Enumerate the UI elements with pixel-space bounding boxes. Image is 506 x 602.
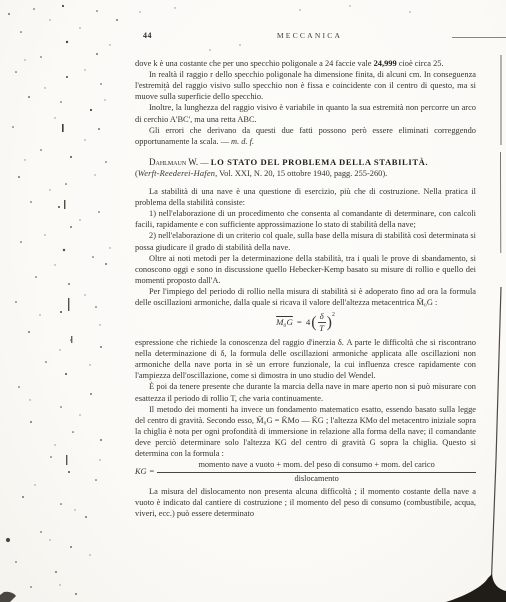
paragraph: 2) nell'elaborazione di un criterio col … [135, 230, 476, 252]
source-journal-name: Werft-Reederei-Hafen [138, 169, 215, 178]
review-source: (Werft-Reederei-Hafen, Vol. XXI, N. 20, … [135, 168, 476, 179]
paragraph-text: Gli errori che derivano da questi due fa… [135, 126, 476, 146]
kg-formula: KG = momento nave a vuoto + mom. del pes… [135, 460, 476, 484]
formula-lhs: KG [135, 467, 147, 478]
margin-dashes [62, 124, 72, 465]
review-heading: Dahlmaun W. — LO STATO DEL PROBLEMA DELL… [135, 157, 476, 168]
open-paren: ( [311, 316, 316, 330]
bottom-left-mark [0, 592, 16, 602]
paragraph: Per l'impiego del periodo di rollio nell… [135, 286, 476, 308]
paragraph-text: cioè circa 25. [399, 59, 444, 68]
exponent: 2 [332, 311, 335, 321]
scanned-journal-page: 44 MECCANICA dove k è una costante che p… [0, 0, 506, 602]
fraction: δ T [318, 312, 326, 333]
paragraph: 1) nell'elaborazione di un procedimento … [135, 208, 476, 230]
paragraph: espressione che richiede la conoscenza d… [135, 337, 476, 381]
paragraph: Inoltre, la lunghezza del raggio visivo … [135, 102, 476, 124]
bottom-right-corner-blob [446, 574, 506, 602]
page-header: 44 MECCANICA [135, 30, 476, 41]
constant-value: 24,999 [374, 59, 397, 68]
metacentric-height-formula: M₀G = 4 ( δ T ) 2 [135, 312, 476, 333]
paragraph: Oltre ai noti metodi per la determinazio… [135, 253, 476, 286]
paragraph: In realtà il raggio r dello specchio pol… [135, 69, 476, 102]
paragraph: La misura del dislocamento non presenta … [135, 486, 476, 519]
left-margin-speckles [6, 5, 118, 595]
paragraph: La stabilità di una nave è una questione… [135, 186, 476, 208]
equals-sign: = [297, 318, 302, 328]
fraction-numerator: δ [318, 312, 326, 323]
source-details: , Vol. XXI, N. 20, 15 ottobre 1940, pagg… [215, 169, 387, 178]
review-author: Dahlmaun W. [149, 157, 198, 167]
paragraph-continued: dove k è una costante che per uno specch… [135, 58, 476, 69]
fraction: momento nave a vuoto + mom. del peso di … [157, 460, 476, 484]
journal-title: MECCANICA [189, 30, 430, 41]
fraction-denominator: dislocamento [157, 473, 476, 485]
paragraph: È poi da tenere presente che durante la … [135, 381, 476, 403]
text-column: 44 MECCANICA dove k è una costante che p… [135, 30, 476, 519]
formula-lhs: M₀G [276, 318, 293, 328]
equals-sign: = [150, 467, 155, 478]
paragraph: Il metodo dei momenti ha invece un fonda… [135, 404, 476, 459]
paragraph-text: dove k è una costante che per uno specch… [135, 59, 372, 68]
page-number: 44 [143, 30, 189, 41]
paragraph-with-signature: Gli errori che derivano da questi due fa… [135, 125, 476, 147]
review-title: LO STATO DEL PROBLEMA DELLA STABILITÀ. [211, 157, 429, 167]
coefficient: 4 [306, 318, 310, 328]
fraction-numerator: momento nave a vuoto + mom. del peso di … [157, 460, 476, 473]
heading-dash: — [200, 158, 208, 167]
fraction-denominator: T [318, 323, 326, 333]
reviewer-initials: m. d. f. [231, 137, 254, 146]
